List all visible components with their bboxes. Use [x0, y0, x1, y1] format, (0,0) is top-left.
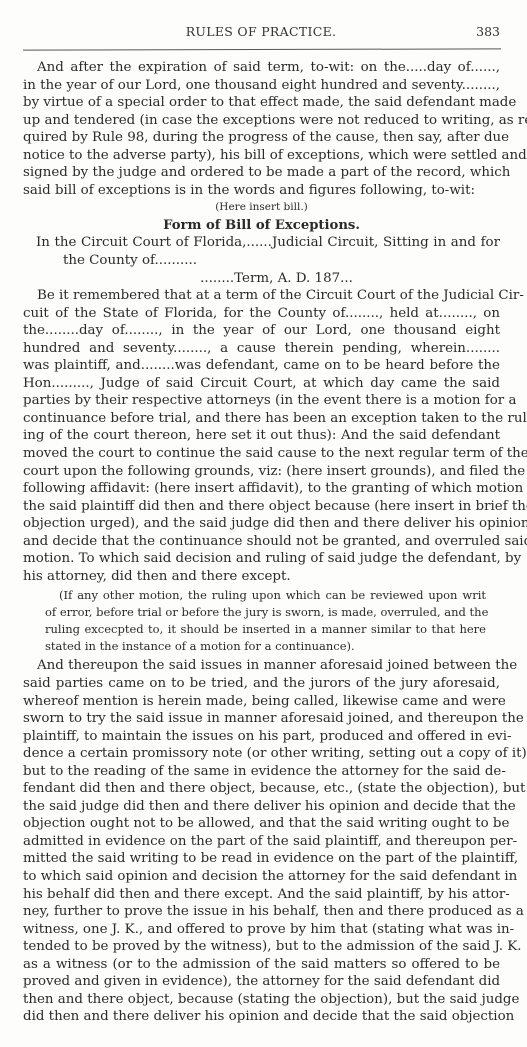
text-line: mitted the said writing to be read in ev… — [23, 850, 500, 868]
text-line: following affidavit: (here insert affida… — [23, 480, 500, 498]
text-line: to which said opinion and decision the a… — [23, 868, 500, 886]
page-number: 383 — [476, 24, 500, 39]
text-line: Hon........., Judge of said Circuit Cour… — [23, 375, 500, 393]
text-line: tended to be proved by the witness), but… — [23, 938, 500, 956]
text-line: and decide that the continuance should n… — [23, 533, 500, 551]
text-line: the County of.......... — [23, 252, 500, 270]
insert-bill-note: (Here insert bill.) — [23, 199, 500, 217]
text-line: then and there object, because (stating … — [23, 991, 500, 1009]
text-line: ruling excecpted to, it should be insert… — [45, 621, 486, 638]
text-line: motion. To which said decision and rulin… — [23, 550, 500, 568]
text-line: ney, further to prove the issue in his b… — [23, 903, 500, 921]
text-line: stated in the instance of a motion for a… — [45, 638, 486, 655]
text-line: plaintiff, to maintain the issues on his… — [23, 728, 500, 746]
paragraph-thereupon: And thereupon the said issues in manner … — [23, 657, 500, 1025]
text-line: quired by Rule 98, during the progress o… — [23, 129, 500, 147]
text-line: moved the court to continue the said cau… — [23, 445, 500, 463]
text-line: parties by their respective attorneys (i… — [23, 392, 500, 410]
text-line: witness, one J. K., and offered to prove… — [23, 921, 500, 939]
text-line: dence a certain promissory note (or othe… — [23, 745, 500, 763]
text-line: by virtue of a special order to that eff… — [23, 94, 500, 112]
text-line: but to the reading of the same in eviden… — [23, 763, 500, 781]
text-line: the........day of........, in the year o… — [23, 322, 500, 340]
text-line: said parties came on to be tried, and th… — [23, 675, 500, 693]
paragraph-be-it-remembered: Be it remembered that at a term of the C… — [23, 287, 500, 585]
header-rule — [23, 48, 501, 50]
text-line: continuance before trial, and there has … — [23, 410, 500, 428]
text-line: his attorney, did then and there except. — [23, 568, 500, 586]
form-title: Form of Bill of Exceptions. — [23, 217, 500, 235]
text-line: fendant did then and there object, becau… — [23, 780, 500, 798]
text-line: did then and there deliver his opinion a… — [23, 1008, 500, 1026]
text-line: admitted in evidence on the part of the … — [23, 833, 500, 851]
text-line: cuit of the State of Florida, for the Co… — [23, 305, 500, 323]
text-line: notice to the adverse party), his bill o… — [23, 147, 500, 165]
motion-note: (If any other motion, the ruling upon wh… — [23, 587, 500, 655]
text-line: whereof mention is herein made, being ca… — [23, 693, 500, 711]
text-line: signed by the judge and ordered to be ma… — [23, 164, 500, 182]
text-line: sworn to try the said issue in manner af… — [23, 710, 500, 728]
text-line: In the Circuit Court of Florida,......Ju… — [23, 234, 500, 252]
text-line: objection urged), and the said judge did… — [23, 515, 500, 533]
text-line: ing of the court thereon, here set it ou… — [23, 427, 500, 445]
text-line: Be it remembered that at a term of the C… — [23, 287, 500, 305]
text-line: objection ought not to be allowed, and t… — [23, 815, 500, 833]
text-line: of error, before trial or before the jur… — [45, 604, 486, 621]
text-line: was plaintiff, and........was defendant,… — [23, 357, 500, 375]
text-line: the said plaintiff did then and there ob… — [23, 498, 500, 516]
text-line: in the year of our Lord, one thousand ei… — [23, 77, 500, 95]
text-line: proved and given in evidence), the attor… — [23, 973, 500, 991]
page-body: And after the expiration of said term, t… — [23, 59, 500, 1026]
text-line: (If any other motion, the ruling upon wh… — [45, 587, 486, 604]
text-line: And thereupon the said issues in manner … — [23, 657, 500, 675]
text-line: court upon the following grounds, viz: (… — [23, 463, 500, 481]
paragraph-expiration: And after the expiration of said term, t… — [23, 59, 500, 199]
court-caption: In the Circuit Court of Florida,......Ju… — [23, 234, 500, 269]
text-line: And after the expiration of said term, t… — [23, 59, 500, 77]
page-header: RULES OF PRACTICE. 383 — [22, 24, 500, 42]
document-page: RULES OF PRACTICE. 383 And after the exp… — [0, 0, 527, 1047]
running-head: RULES OF PRACTICE. — [22, 24, 500, 39]
text-line: up and tendered (in case the exceptions … — [23, 112, 500, 130]
text-line: said bill of exceptions is in the words … — [23, 182, 500, 200]
term-line: ........Term, A. D. 187... — [23, 270, 500, 288]
text-line: hundred and seventy........, a cause the… — [23, 340, 500, 358]
text-line: the said judge did then and there delive… — [23, 798, 500, 816]
text-line: as a witness (or to the admission of the… — [23, 956, 500, 974]
text-line: his behalf did then and there except. An… — [23, 886, 500, 904]
